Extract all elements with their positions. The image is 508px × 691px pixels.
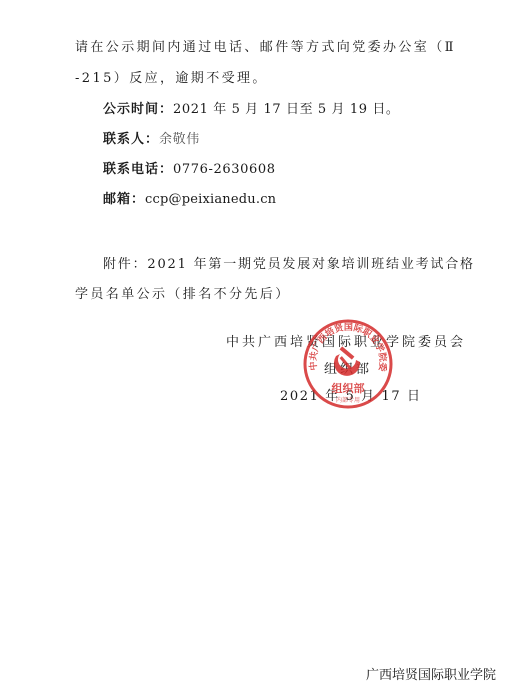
body-line-1: 请在公示期间内通过电话、邮件等方式向党委办公室（Ⅱ [75,40,456,56]
contact-phone-value: 0776-2630608 [173,162,276,177]
footer-institution-name: 广西培贤国际职业学院 [366,668,496,684]
svg-text:组织部: 组织部 [332,381,365,395]
email-label: 邮箱： [103,192,145,207]
attachment-line-2: 学员名单公示（排名不分先后） [75,287,291,303]
email-value: ccp@peixianedu.cn [145,192,276,207]
contact-person-row: 联系人：余敬伟 [103,132,200,148]
email-row: 邮箱：ccp@peixianedu.cn [103,192,276,208]
contact-person-value: 余敬伟 [159,132,200,147]
body-line-2: -215）反应，逾期不受理。 [75,71,268,87]
publicity-time-label: 公示时间： [103,102,173,117]
publicity-time-value: 2021 年 5 月 17 日至 5 月 19 日。 [173,102,400,117]
publicity-time-row: 公示时间：2021 年 5 月 17 日至 5 月 19 日。 [103,102,400,118]
contact-person-label: 联系人： [103,132,159,147]
attachment-line-1: 附件：2021 年第一期党员发展对象培训班结业考试合格 [103,257,475,273]
seal-icon: 中共广西培贤国际职业学院委员会 组织部 内部专用 [302,318,394,410]
svg-text:内部专用: 内部专用 [336,396,360,404]
contact-phone-label: 联系电话： [103,162,173,177]
official-seal-stamp: 中共广西培贤国际职业学院委员会 组织部 内部专用 [302,318,394,410]
contact-phone-row: 联系电话：0776-2630608 [103,162,276,178]
hammer-sickle-emblem [334,346,360,376]
